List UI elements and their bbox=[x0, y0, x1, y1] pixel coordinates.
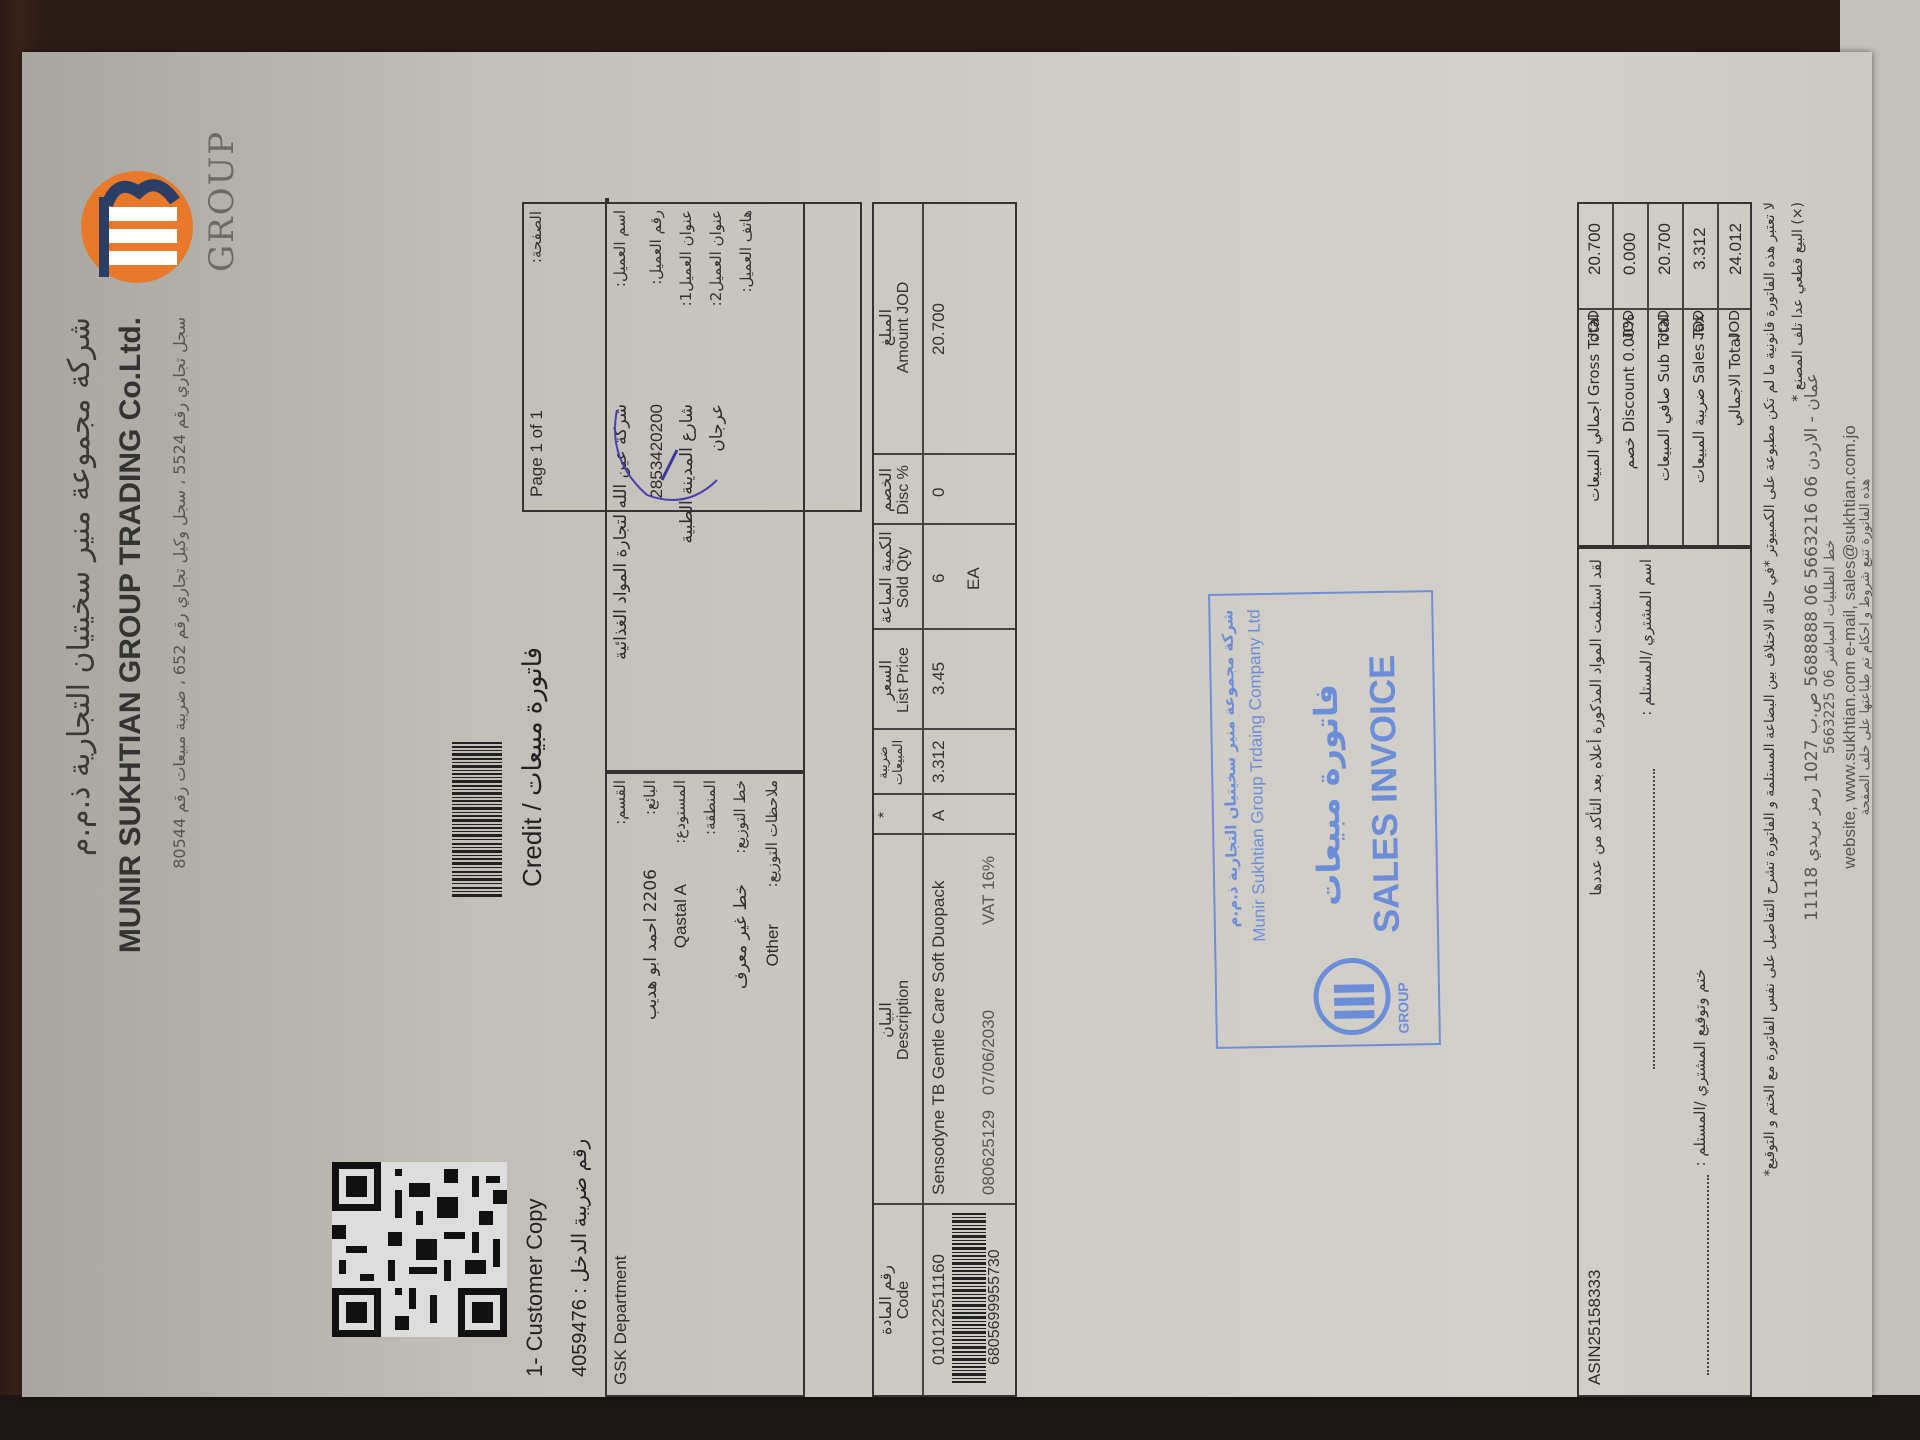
page-number: Page 1 of 1 bbox=[527, 410, 547, 497]
invoice-fields-layer: Page 1 of 1 الصفحة: bbox=[22, 52, 1872, 1397]
background-table bbox=[0, 1395, 1920, 1440]
page-label: الصفحة: bbox=[527, 211, 545, 263]
